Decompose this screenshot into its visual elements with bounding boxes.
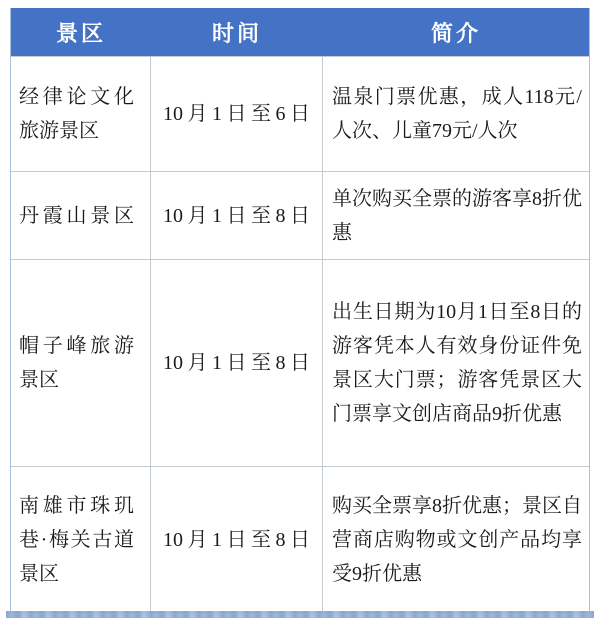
header-cell-scenic-area: 景区 — [11, 8, 151, 56]
table-row: 南雄市珠玑巷·梅关古道景区 10月1日至8日 购买全票享8折优惠；景区自营商店购… — [11, 466, 589, 612]
cell-time: 10月1日至8日 — [151, 172, 323, 259]
scenic-area-text: 帽子峰旅游景区 — [19, 329, 134, 397]
scenic-area-text: 南雄市珠玑巷·梅关古道景区 — [19, 489, 134, 591]
intro-text: 购买全票享8折优惠；景区自营商店购物或文创产品均享受9折优惠 — [332, 489, 582, 591]
cell-intro: 购买全票享8折优惠；景区自营商店购物或文创产品均享受9折优惠 — [323, 467, 589, 612]
cut-off-next-row-strip — [6, 611, 594, 618]
cell-intro: 单次购买全票的游客享8折优惠 — [323, 172, 589, 259]
time-text: 10月1日至8日 — [163, 523, 310, 557]
table-row: 丹霞山景区 10月1日至8日 单次购买全票的游客享8折优惠 — [11, 171, 589, 259]
cell-time: 10月1日至6日 — [151, 57, 323, 171]
cell-intro: 温泉门票优惠，成人118元/人次、儿童79元/人次 — [323, 57, 589, 171]
cell-scenic-area: 丹霞山景区 — [11, 172, 151, 259]
header-scenic-area-label: 景区 — [56, 17, 106, 48]
cell-time: 10月1日至8日 — [151, 260, 323, 466]
cell-scenic-area: 南雄市珠玑巷·梅关古道景区 — [11, 467, 151, 612]
time-text: 10月1日至6日 — [163, 97, 310, 131]
table-row: 经律论文化旅游景区 10月1日至6日 温泉门票优惠，成人118元/人次、儿童79… — [11, 56, 589, 171]
cell-time: 10月1日至8日 — [151, 467, 323, 612]
time-text: 10月1日至8日 — [163, 199, 310, 233]
table-header-row: 景区 时间 简介 — [11, 8, 589, 56]
cell-scenic-area: 经律论文化旅游景区 — [11, 57, 151, 171]
cell-scenic-area: 帽子峰旅游景区 — [11, 260, 151, 466]
discount-table: 景区 时间 简介 经律论文化旅游景区 10月1日至6日 温泉门票优惠，成人118… — [10, 8, 590, 613]
cell-intro: 出生日期为10月1日至8日的游客凭本人有效身份证件免景区大门票；游客凭景区大门票… — [323, 260, 589, 466]
intro-text: 单次购买全票的游客享8折优惠 — [332, 182, 582, 250]
scenic-area-text: 丹霞山景区 — [19, 199, 134, 233]
header-cell-time: 时间 — [151, 8, 323, 56]
intro-text: 出生日期为10月1日至8日的游客凭本人有效身份证件免景区大门票；游客凭景区大门票… — [332, 295, 582, 431]
header-time-label: 时间 — [212, 17, 262, 48]
header-cell-intro: 简介 — [323, 8, 589, 56]
intro-text: 温泉门票优惠，成人118元/人次、儿童79元/人次 — [332, 80, 582, 148]
table-row: 帽子峰旅游景区 10月1日至8日 出生日期为10月1日至8日的游客凭本人有效身份… — [11, 259, 589, 466]
scenic-area-text: 经律论文化旅游景区 — [19, 80, 134, 148]
time-text: 10月1日至8日 — [163, 346, 310, 380]
header-intro-label: 简介 — [431, 17, 481, 48]
document-page: 景区 时间 简介 经律论文化旅游景区 10月1日至6日 温泉门票优惠，成人118… — [0, 0, 600, 619]
